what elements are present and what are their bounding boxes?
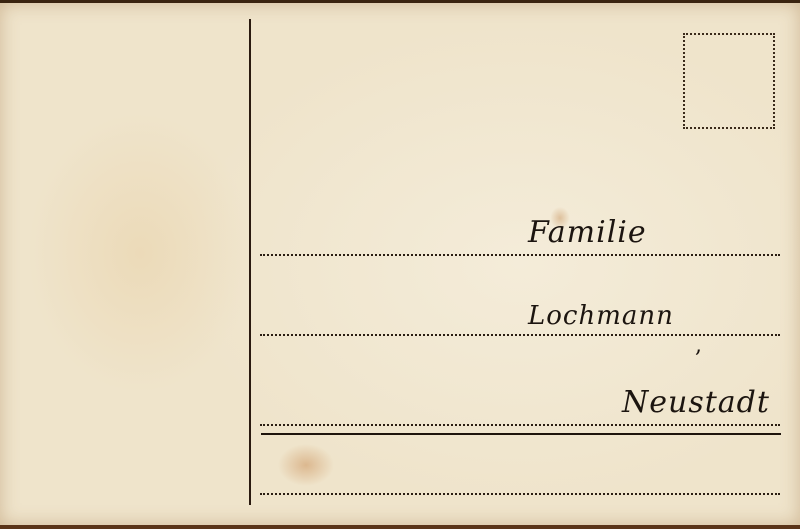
address-solid-underline xyxy=(261,433,781,435)
message-address-divider xyxy=(249,19,251,505)
address-dotted-line-1 xyxy=(260,254,780,256)
address-dotted-line-2 xyxy=(260,334,780,336)
address-line-1: Familie xyxy=(528,215,647,250)
address-dotted-line-3 xyxy=(260,424,780,426)
address-line-2: Lochmann xyxy=(528,301,674,331)
stamp-placeholder-box xyxy=(683,33,775,129)
postcard-back: Familie Lochmann , Neustadt xyxy=(0,0,800,522)
address-dotted-line-4 xyxy=(260,493,780,495)
address-line-3: Neustadt xyxy=(622,385,770,420)
address-comma: , xyxy=(695,333,702,358)
